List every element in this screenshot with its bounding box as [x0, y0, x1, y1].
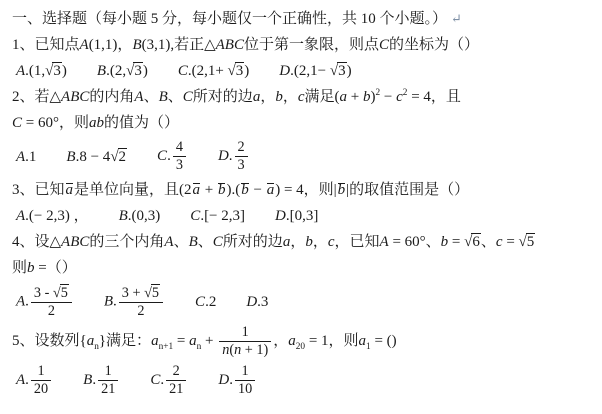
- question-5: 5、设数列{an}满足：an+1 = an + 1n(n + 1)，a20 = …: [12, 324, 596, 397]
- option-b: B.(0,3): [119, 203, 161, 229]
- option-d: D.[0,3]: [275, 203, 318, 229]
- options-row: A.(− 2,3) ， B.(0,3) C.[− 2,3] D.[0,3]: [12, 203, 596, 229]
- option-a: A.(1,√3): [16, 58, 67, 84]
- question-2: 2、若△ABC的内角A、B、C所对的边a，b，c满足(a + b)2 − c2 …: [12, 84, 596, 174]
- option-b: B.3 + √52: [104, 284, 165, 320]
- option-c: C.[− 2,3]: [190, 203, 245, 229]
- section-header: 一、选择题（每小题 5 分，每小题仅一个正确性，共 10 个小题。）↵: [12, 6, 596, 32]
- option-b: B.121: [83, 363, 120, 398]
- section-header-text: 一、选择题（每小题 5 分，每小题仅一个正确性，共 10 个小题。）: [12, 11, 447, 27]
- question-3: 3、已知a是单位向量，且(2a + b).(b − a) = 4，则|b|的取值…: [12, 177, 596, 229]
- options-row: A.(1,√3) B.(2,√3) C.(2,1+ √3) D.(2,1− √3…: [12, 58, 596, 84]
- question-stem: 2、若△ABC的内角A、B、C所对的边a，b，c满足(a + b)2 − c2 …: [12, 84, 596, 110]
- option-d: D.3: [246, 292, 268, 312]
- options-row: A.3 - √52 B.3 + √52 C.2 D.3: [12, 284, 596, 320]
- options-row: A.1 B.8 − 4√2 C.43 D.23: [12, 139, 596, 174]
- option-a: A.1: [16, 147, 36, 167]
- option-d: D.(2,1− √3): [279, 58, 351, 84]
- question-stem-continued: C = 60°，则ab的值为（）: [12, 110, 596, 136]
- option-d: D.110: [218, 363, 257, 398]
- option-c: C.(2,1+ √3): [178, 58, 249, 84]
- option-c: C.2: [195, 292, 216, 312]
- question-stem: 4、设△ABC的三个内角A、B、C所对的边a，b，c，已知A = 60°、b =…: [12, 229, 596, 255]
- question-stem: 1、已知点A(1,1)，B(3,1),若正△ABC位于第一象限，则点C的坐标为（…: [12, 32, 596, 58]
- paragraph-mark-icon: ↵: [447, 11, 462, 26]
- question-stem: 5、设数列{an}满足：an+1 = an + 1n(n + 1)，a20 = …: [12, 324, 596, 359]
- option-a: A.(− 2,3) ，: [16, 203, 89, 229]
- question-1: 1、已知点A(1,1)，B(3,1),若正△ABC位于第一象限，则点C的坐标为（…: [12, 32, 596, 84]
- option-a: A.3 - √52: [16, 284, 74, 320]
- question-stem: 3、已知a是单位向量，且(2a + b).(b − a) = 4，则|b|的取值…: [12, 177, 596, 203]
- question-4: 4、设△ABC的三个内角A、B、C所对的边a，b，c，已知A = 60°、b =…: [12, 229, 596, 320]
- option-b: B.8 − 4√2: [66, 147, 127, 167]
- options-row: A.120 B.121 C.221 D.110: [12, 363, 596, 398]
- option-b: B.(2,√3): [97, 58, 148, 84]
- question-stem-continued: 则b =（）: [12, 255, 596, 281]
- option-d: D.23: [218, 139, 250, 174]
- exam-page: 一、选择题（每小题 5 分，每小题仅一个正确性，共 10 个小题。）↵ 1、已知…: [0, 0, 602, 414]
- option-a: A.120: [16, 363, 53, 398]
- option-c: C.43: [157, 139, 188, 174]
- option-c: C.221: [150, 363, 188, 398]
